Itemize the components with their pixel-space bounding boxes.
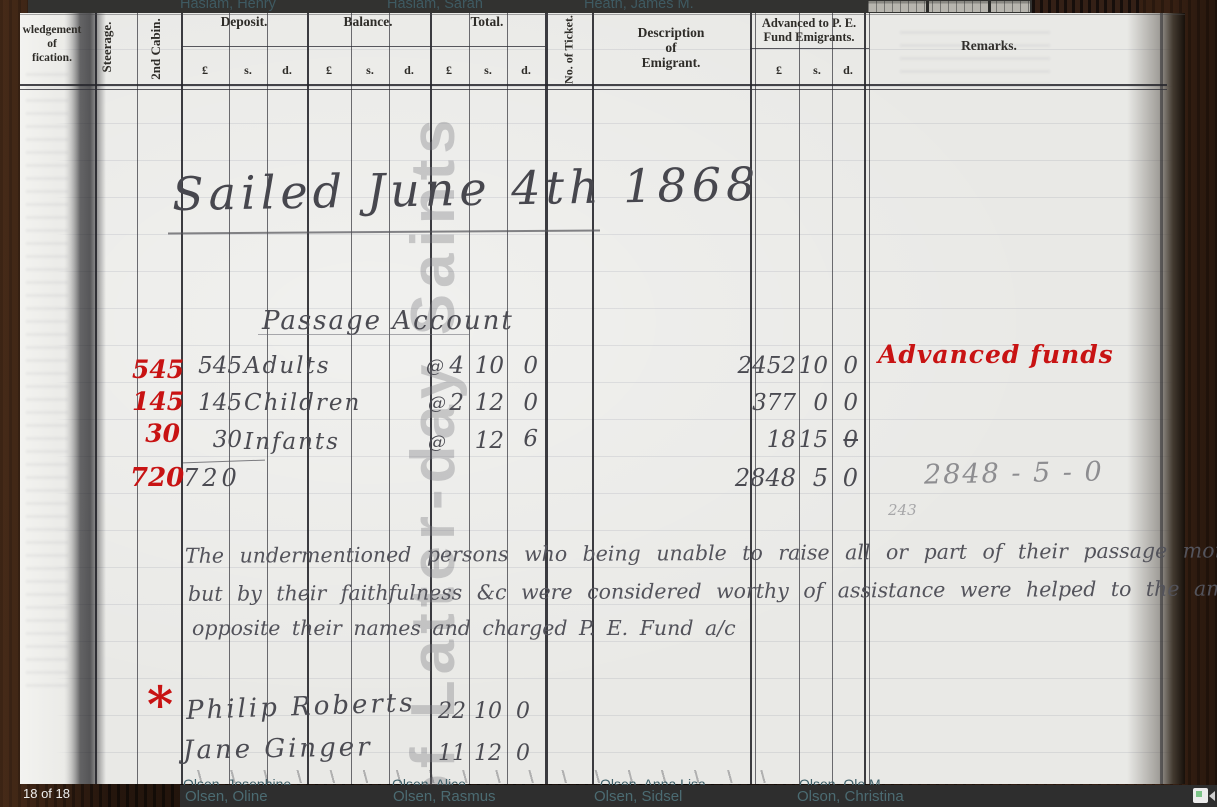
left-partial-header: fication.: [22, 52, 82, 64]
left-partial-header: of: [22, 38, 82, 50]
column-rule: [869, 13, 870, 784]
pound-subheader: £: [767, 63, 791, 78]
shilling-subheader: s.: [358, 63, 382, 78]
row-count: 545: [196, 353, 242, 379]
filmstrip-thumbnail[interactable]: [868, 1, 1030, 12]
rate-pence: 0: [512, 390, 538, 416]
pencil-reference: 243: [888, 501, 917, 519]
row-label: Children: [244, 390, 361, 416]
rate-pence: 0: [512, 353, 538, 379]
assisted-shilling: 12: [474, 741, 502, 766]
filmstrip-toggle-icon[interactable]: [1193, 788, 1208, 803]
rate-pound: 4: [434, 353, 464, 379]
image-viewer: wledgement of fication. Steerage. 2nd Ca…: [0, 0, 1217, 807]
rate-shilling: 10: [472, 353, 504, 379]
header-rule: [20, 14, 1185, 15]
page-counter: 18 of 18: [23, 786, 70, 801]
assisted-shilling: 10: [474, 699, 502, 724]
page-edge-rule: [1160, 13, 1163, 784]
pence-subheader: d.: [836, 63, 860, 78]
pound-subheader: £: [317, 63, 341, 78]
pound-subheader: £: [193, 63, 217, 78]
note-line: opposite their names and charged P. E. F…: [192, 616, 736, 640]
assisted-pound: 22: [436, 699, 466, 724]
top-overlay-bar: Haslam, Henry Haslam, Sarah Heath, James…: [28, 0, 1140, 13]
amount-pence-struck: 0: [834, 427, 858, 453]
assisted-name: Philip Roberts: [186, 688, 416, 726]
column-rule: [507, 13, 508, 784]
sailed-heading: Sailed June 4th 1868: [172, 157, 761, 221]
header-rule: [20, 89, 1167, 90]
shilling-subheader: s.: [805, 63, 829, 78]
amount-shilling: 0: [798, 390, 828, 416]
column-rule: [832, 13, 833, 784]
pencil-total: 2848 - 5 - 0: [924, 456, 1104, 490]
red-annotation-30: 30: [132, 419, 180, 448]
row-count: 145: [196, 390, 242, 416]
balance-header: Balance.: [323, 14, 413, 30]
pence-subheader: d.: [514, 63, 538, 78]
name-label[interactable]: Olson, Christina: [797, 788, 904, 805]
header-rule: [750, 48, 869, 49]
deposit-header: Deposit.: [199, 14, 289, 30]
passage-account-heading: Passage Account: [262, 306, 514, 336]
passage-underline: [258, 334, 470, 335]
column-rule: [545, 13, 548, 784]
name-label[interactable]: Olsen, Rasmus: [393, 788, 496, 805]
name-label[interactable]: Haslam, Sarah: [387, 0, 483, 12]
at-sign: @: [428, 432, 446, 453]
total-amount-pound: 2848: [720, 464, 796, 492]
scanned-ledger-page: wledgement of fication. Steerage. 2nd Ca…: [20, 13, 1185, 784]
sum-line: [183, 460, 265, 464]
advanced-header: Fund Emigrants.: [744, 30, 874, 45]
header-rule: [181, 46, 545, 47]
filmstrip-toggle-icon-inner: [1196, 791, 1202, 797]
rate-pence: 6: [512, 426, 538, 452]
sailed-underline: [168, 229, 600, 234]
bleed-through-marks: [900, 31, 1050, 89]
note-line: but by their faithfulness &c were consid…: [188, 576, 1217, 606]
advanced-header: Advanced to P. E.: [744, 16, 874, 31]
total-count: 720: [183, 464, 241, 492]
left-partial-header: wledgement: [22, 24, 82, 36]
amount-pound: 18: [726, 427, 796, 453]
red-annotation-720: 720: [130, 463, 180, 493]
rate-shilling: 12: [472, 390, 504, 416]
column-rule: [95, 13, 97, 784]
bleed-through-marks: [26, 73, 68, 693]
row-count: 30: [196, 427, 242, 453]
total-amount-pence: 0: [834, 464, 858, 492]
shilling-subheader: s.: [236, 63, 260, 78]
amount-pence: 0: [834, 390, 858, 416]
rate-shilling: 12: [472, 428, 504, 454]
shilling-subheader: s.: [476, 63, 500, 78]
column-rule: [592, 13, 594, 784]
name-label[interactable]: Heath, James M.: [584, 0, 694, 12]
description-header: Emigrant.: [601, 55, 741, 71]
amount-pound: 377: [726, 390, 796, 416]
filmstrip-gap: [1032, 0, 1140, 13]
amount-shilling: 10: [798, 353, 828, 379]
advanced-funds-annotation: Advanced funds: [878, 340, 1114, 369]
name-label[interactable]: Olsen, Oline: [185, 788, 268, 805]
assisted-pound: 11: [436, 741, 466, 766]
collapse-arrow-icon[interactable]: [1209, 791, 1215, 801]
thumbnail-divider: [988, 1, 991, 12]
row-label: Adults: [244, 353, 331, 379]
total-header: Total.: [442, 14, 532, 30]
second-cabin-header: 2nd Cabin.: [148, 12, 164, 86]
pence-subheader: d.: [275, 63, 299, 78]
description-header: Description: [601, 25, 741, 41]
rate-pound: 2: [434, 390, 464, 416]
amount-shilling: 15: [798, 427, 828, 453]
description-header: of: [601, 40, 741, 56]
column-rule: [469, 13, 470, 784]
red-annotation-145: 145: [132, 387, 180, 416]
pence-subheader: d.: [397, 63, 421, 78]
steerage-header: Steerage.: [99, 12, 115, 82]
bottom-overlay-bar: Olsen, Oline Olsen, Rasmus Olsen, Sidsel…: [180, 785, 1217, 807]
name-label[interactable]: Haslam, Henry: [180, 0, 276, 12]
assisted-name: Jane Ginger: [183, 732, 373, 765]
red-annotation-545: 545: [132, 355, 180, 384]
ticket-number-header: No. of Ticket.: [562, 8, 577, 92]
total-amount-shilling: 5: [798, 464, 828, 492]
red-asterisk: *: [147, 675, 173, 734]
assisted-pence: 0: [508, 741, 530, 766]
note-line: The undermentioned persons who being una…: [185, 538, 1217, 568]
thumbnail-divider: [926, 1, 929, 12]
row-label: Infants: [244, 429, 340, 455]
pound-subheader: £: [437, 63, 461, 78]
name-label[interactable]: Olsen, Sidsel: [594, 788, 682, 805]
amount-pound: 2452: [726, 353, 796, 379]
column-rule: [864, 13, 866, 784]
column-rule: [389, 13, 390, 784]
assisted-pence: 0: [508, 699, 530, 724]
amount-pence: 0: [834, 353, 858, 379]
